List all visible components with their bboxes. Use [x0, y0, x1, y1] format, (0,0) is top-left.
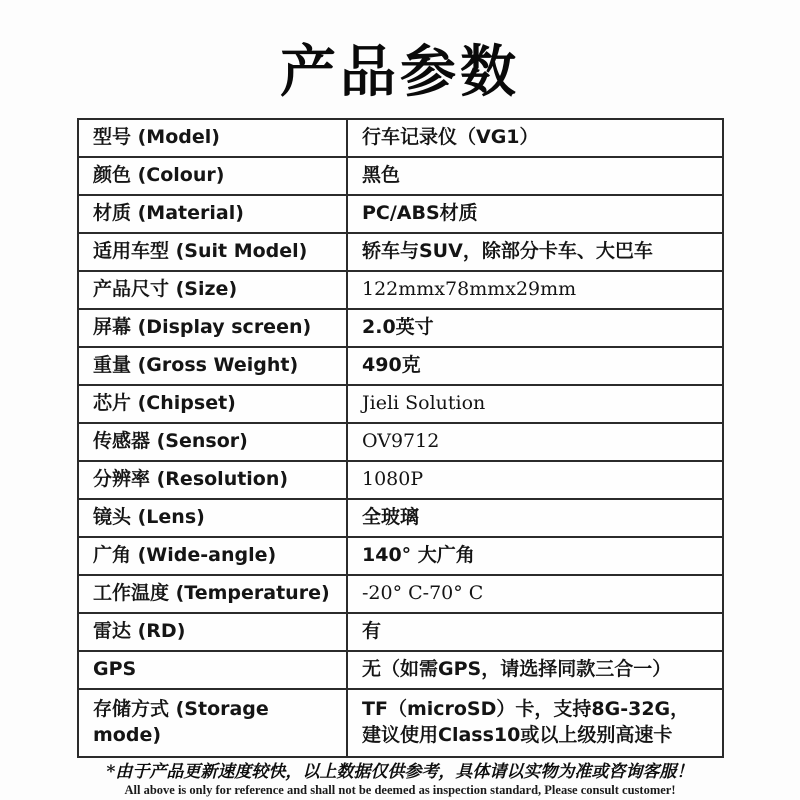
- spec-label: 屏幕 (Display screen): [78, 309, 347, 347]
- spec-label: 芯片 (Chipset): [78, 385, 347, 423]
- spec-table: 型号 (Model) 行车记录仪（VG1） 颜色 (Colour) 黑色 材质 …: [77, 118, 724, 758]
- spec-label: 存储方式 (Storage mode): [78, 689, 347, 757]
- spec-table-body: 型号 (Model) 行车记录仪（VG1） 颜色 (Colour) 黑色 材质 …: [78, 119, 723, 757]
- table-row: 雷达 (RD) 有: [78, 613, 723, 651]
- spec-label: 分辨率 (Resolution): [78, 461, 347, 499]
- spec-label: GPS: [78, 651, 347, 689]
- table-row: 镜头 (Lens) 全玻璃: [78, 499, 723, 537]
- spec-value: 140° 大广角: [347, 537, 723, 575]
- spec-label: 重量 (Gross Weight): [78, 347, 347, 385]
- spec-value: 全玻璃: [347, 499, 723, 537]
- table-row: 型号 (Model) 行车记录仪（VG1）: [78, 119, 723, 157]
- spec-value: 1080P: [347, 461, 723, 499]
- spec-label: 雷达 (RD): [78, 613, 347, 651]
- disclaimer-english: All above is only for reference and shal…: [0, 783, 800, 798]
- spec-label: 镜头 (Lens): [78, 499, 347, 537]
- table-row: 材质 (Material) PC/ABS材质: [78, 195, 723, 233]
- spec-value: 黑色: [347, 157, 723, 195]
- spec-value: 122mmx78mmx29mm: [347, 271, 723, 309]
- spec-label: 传感器 (Sensor): [78, 423, 347, 461]
- spec-value: 轿车与SUV，除部分卡车、大巴车: [347, 233, 723, 271]
- spec-label: 材质 (Material): [78, 195, 347, 233]
- spec-value: Jieli Solution: [347, 385, 723, 423]
- table-row: 广角 (Wide-angle) 140° 大广角: [78, 537, 723, 575]
- table-row: 传感器 (Sensor) OV9712: [78, 423, 723, 461]
- page-title: 产品参数: [0, 28, 800, 108]
- spec-value: 有: [347, 613, 723, 651]
- disclaimer: *由于产品更新速度较快，以上数据仅供参考，具体请以实物为准或咨询客服！ All …: [0, 757, 800, 798]
- spec-value: PC/ABS材质: [347, 195, 723, 233]
- table-row: GPS 无（如需GPS，请选择同款三合一）: [78, 651, 723, 689]
- spec-label: 适用车型 (Suit Model): [78, 233, 347, 271]
- product-spec-sheet: 产品参数 型号 (Model) 行车记录仪（VG1） 颜色 (Colour) 黑…: [0, 0, 800, 800]
- disclaimer-chinese: *由于产品更新速度较快，以上数据仅供参考，具体请以实物为准或咨询客服！: [0, 757, 800, 782]
- spec-value: -20° C-70° C: [347, 575, 723, 613]
- table-row: 屏幕 (Display screen) 2.0英寸: [78, 309, 723, 347]
- table-row: 分辨率 (Resolution) 1080P: [78, 461, 723, 499]
- spec-label: 产品尺寸 (Size): [78, 271, 347, 309]
- table-row: 工作温度 (Temperature) -20° C-70° C: [78, 575, 723, 613]
- table-row: 颜色 (Colour) 黑色: [78, 157, 723, 195]
- spec-value: 490克: [347, 347, 723, 385]
- spec-value: OV9712: [347, 423, 723, 461]
- spec-value: 2.0英寸: [347, 309, 723, 347]
- table-row: 产品尺寸 (Size) 122mmx78mmx29mm: [78, 271, 723, 309]
- spec-label: 型号 (Model): [78, 119, 347, 157]
- table-row: 适用车型 (Suit Model) 轿车与SUV，除部分卡车、大巴车: [78, 233, 723, 271]
- table-row: 芯片 (Chipset) Jieli Solution: [78, 385, 723, 423]
- table-row: 存储方式 (Storage mode) TF（microSD）卡，支持8G-32…: [78, 689, 723, 757]
- spec-label: 颜色 (Colour): [78, 157, 347, 195]
- spec-label: 广角 (Wide-angle): [78, 537, 347, 575]
- spec-label: 工作温度 (Temperature): [78, 575, 347, 613]
- spec-value: 行车记录仪（VG1）: [347, 119, 723, 157]
- spec-value: 无（如需GPS，请选择同款三合一）: [347, 651, 723, 689]
- table-row: 重量 (Gross Weight) 490克: [78, 347, 723, 385]
- spec-value: TF（microSD）卡，支持8G-32G，建议使用Class10或以上级别高速…: [347, 689, 723, 757]
